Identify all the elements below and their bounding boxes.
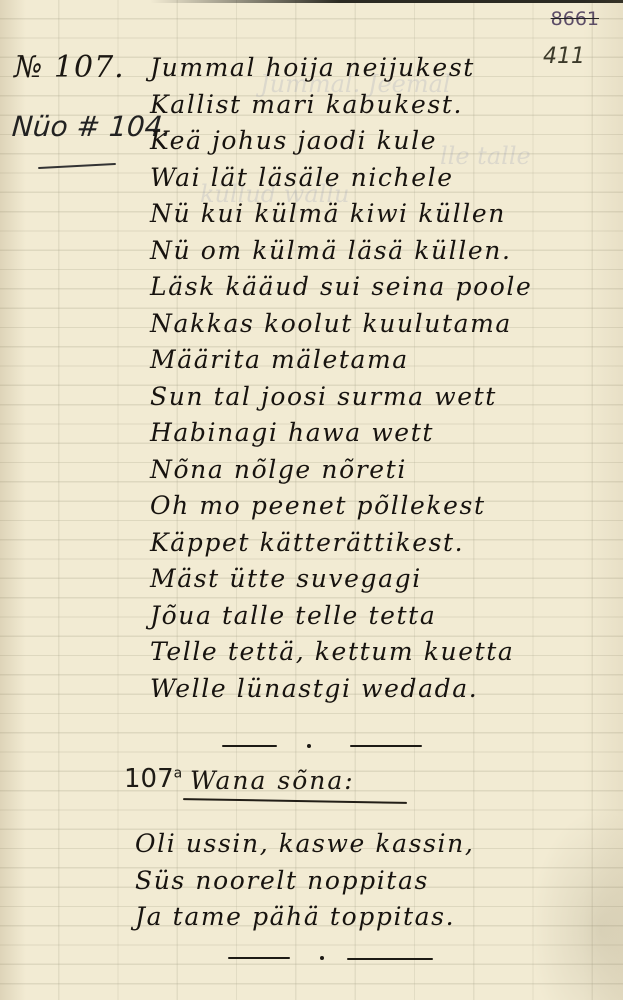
- verse-line: Wai lät läsäle nichele: [150, 160, 532, 197]
- verse-line: Mäst ütte suvegagi: [150, 561, 532, 598]
- section-title: Wana sõna:: [190, 766, 355, 795]
- section-separator: [350, 745, 422, 747]
- verse-line: Habinagi hawa wett: [150, 415, 532, 452]
- section-separator: [228, 957, 290, 959]
- section-separator: [347, 958, 433, 960]
- reference-underline: [38, 163, 116, 169]
- song-2: Oli ussin, kaswe kassin, Süs noorelt nop…: [135, 826, 474, 936]
- entry-number: № 107.: [14, 50, 125, 85]
- verse-line: Welle lünastgi wedada.: [150, 671, 532, 708]
- verse-line: Keä johus jaodi kule: [150, 123, 532, 160]
- verse-line: Käppet kätterättikest.: [150, 525, 532, 562]
- verse-line: Läsk kääud sui seina poole: [150, 269, 532, 306]
- catalog-number-crossed-out: 8661: [551, 8, 599, 30]
- verse-line: Süs noorelt noppitas: [135, 863, 474, 900]
- verse-line: Jõua talle telle tetta: [150, 598, 532, 635]
- scan-top-edge: [150, 0, 623, 3]
- section-separator: [222, 745, 277, 747]
- verse-line: Sun tal joosi surma wett: [150, 379, 532, 416]
- verse-line: Oli ussin, kaswe kassin,: [135, 826, 474, 863]
- verse-line: Jummal hoija neijukest: [150, 50, 532, 87]
- verse-line: Nõna nõlge nõreti: [150, 452, 532, 489]
- section-number: 107a: [124, 764, 182, 794]
- song-1: Jummal hoija neijukest Kallist mari kabu…: [150, 50, 532, 707]
- verse-line: Kallist mari kabukest.: [150, 87, 532, 124]
- separator-dot: [307, 744, 311, 748]
- verse-line: Nakkas koolut kuulutama: [150, 306, 532, 343]
- verse-line: Ja tame pähä toppitas.: [135, 899, 474, 936]
- title-underline: [183, 798, 407, 804]
- catalog-number: 411: [543, 44, 585, 69]
- verse-line: Nü om külmä läsä küllen.: [150, 233, 532, 270]
- section-number-suffix: a: [174, 765, 183, 781]
- verse-line: Määrita mäletama: [150, 342, 532, 379]
- section-number-value: 107: [124, 764, 174, 794]
- manuscript-page: Jummal. Jeemal lle talle küllud wallu 86…: [0, 0, 623, 1000]
- verse-line: Telle tettä, kettum kuetta: [150, 634, 532, 671]
- verse-line: Nü kui külmä kiwi küllen: [150, 196, 532, 233]
- verse-line: Oh mo peenet põllekest: [150, 488, 532, 525]
- separator-dot: [320, 956, 324, 960]
- reference-number: Nüo # 104.: [11, 110, 173, 143]
